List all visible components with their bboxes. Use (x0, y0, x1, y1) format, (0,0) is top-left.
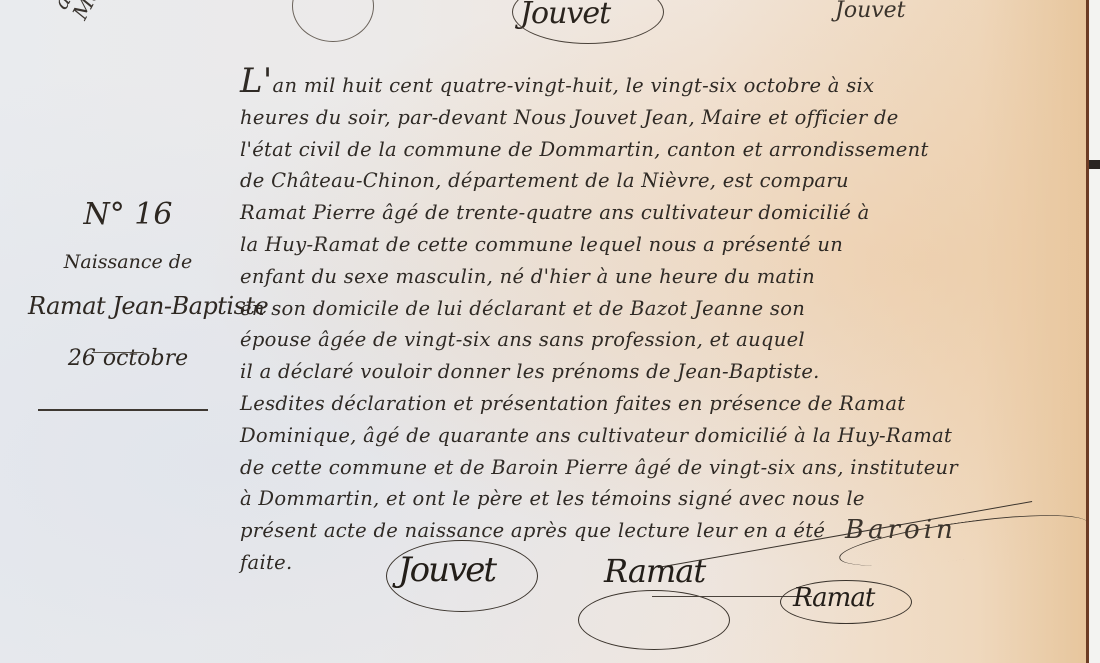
entry-date: 26 octobre (28, 343, 228, 375)
previous-entry-signature: Jouvet (835, 0, 906, 23)
father-signature: Ramat (604, 552, 705, 590)
entry-margin-heading: N° 16 Naissance de Ramat Jean-Baptiste 2… (28, 195, 228, 375)
entry-type: Naissance de (28, 247, 228, 277)
act-line: il a déclaré vouloir donner les prénoms … (240, 356, 1085, 388)
act-line: heures du soir, par-devant Nous Jouvet J… (240, 102, 1085, 134)
act-line: de cette commune et de Baroin Pierre âgé… (240, 452, 1085, 484)
mayor-signature: Jouvet (398, 550, 495, 590)
divider (38, 409, 208, 411)
divider (92, 352, 144, 353)
act-line: Ramat Pierre âgé de trente-quatre ans cu… (240, 197, 1085, 229)
margin-note-line: Marie (69, 0, 118, 23)
act-text: L'an mil huit cent quatre-vingt-huit, le… (240, 66, 1085, 579)
act-line: enfant du sexe masculin, né d'hier à une… (240, 261, 1085, 293)
previous-entry-margin-note: le avec Marie (30, 0, 118, 23)
page-tab-marker (1089, 160, 1100, 169)
act-line: épouse âgée de vingt-six ans sans profes… (240, 324, 1085, 356)
act-line: Dominique, âgé de quarante ans cultivate… (240, 420, 1085, 452)
signature-flourish (512, 0, 664, 44)
act-line: en son domicile de lui déclarant et de B… (240, 293, 1085, 325)
act-line: l'état civil de la commune de Dommartin,… (240, 134, 1085, 166)
act-line: de Château-Chinon, département de la Niè… (240, 165, 1085, 197)
act-line: la Huy-Ramat de cette commune lequel nou… (240, 229, 1085, 261)
subject-name: Ramat Jean-Baptiste (28, 289, 228, 323)
witness-signature: Ramat (793, 583, 874, 613)
act-line: L'an mil huit cent quatre-vingt-huit, le… (240, 66, 1085, 102)
signature-flourish (578, 590, 730, 650)
act-line: à Dommartin, et ont le père et les témoi… (240, 483, 1085, 515)
adjacent-page (1089, 0, 1100, 663)
act-line: Lesdites déclaration et présentation fai… (240, 388, 1085, 420)
register-page: le avec Marie Jouvet Jouvet N° 16 Naissa… (0, 0, 1086, 663)
entry-number: N° 16 (28, 195, 228, 235)
flourish-decoration (292, 0, 374, 42)
